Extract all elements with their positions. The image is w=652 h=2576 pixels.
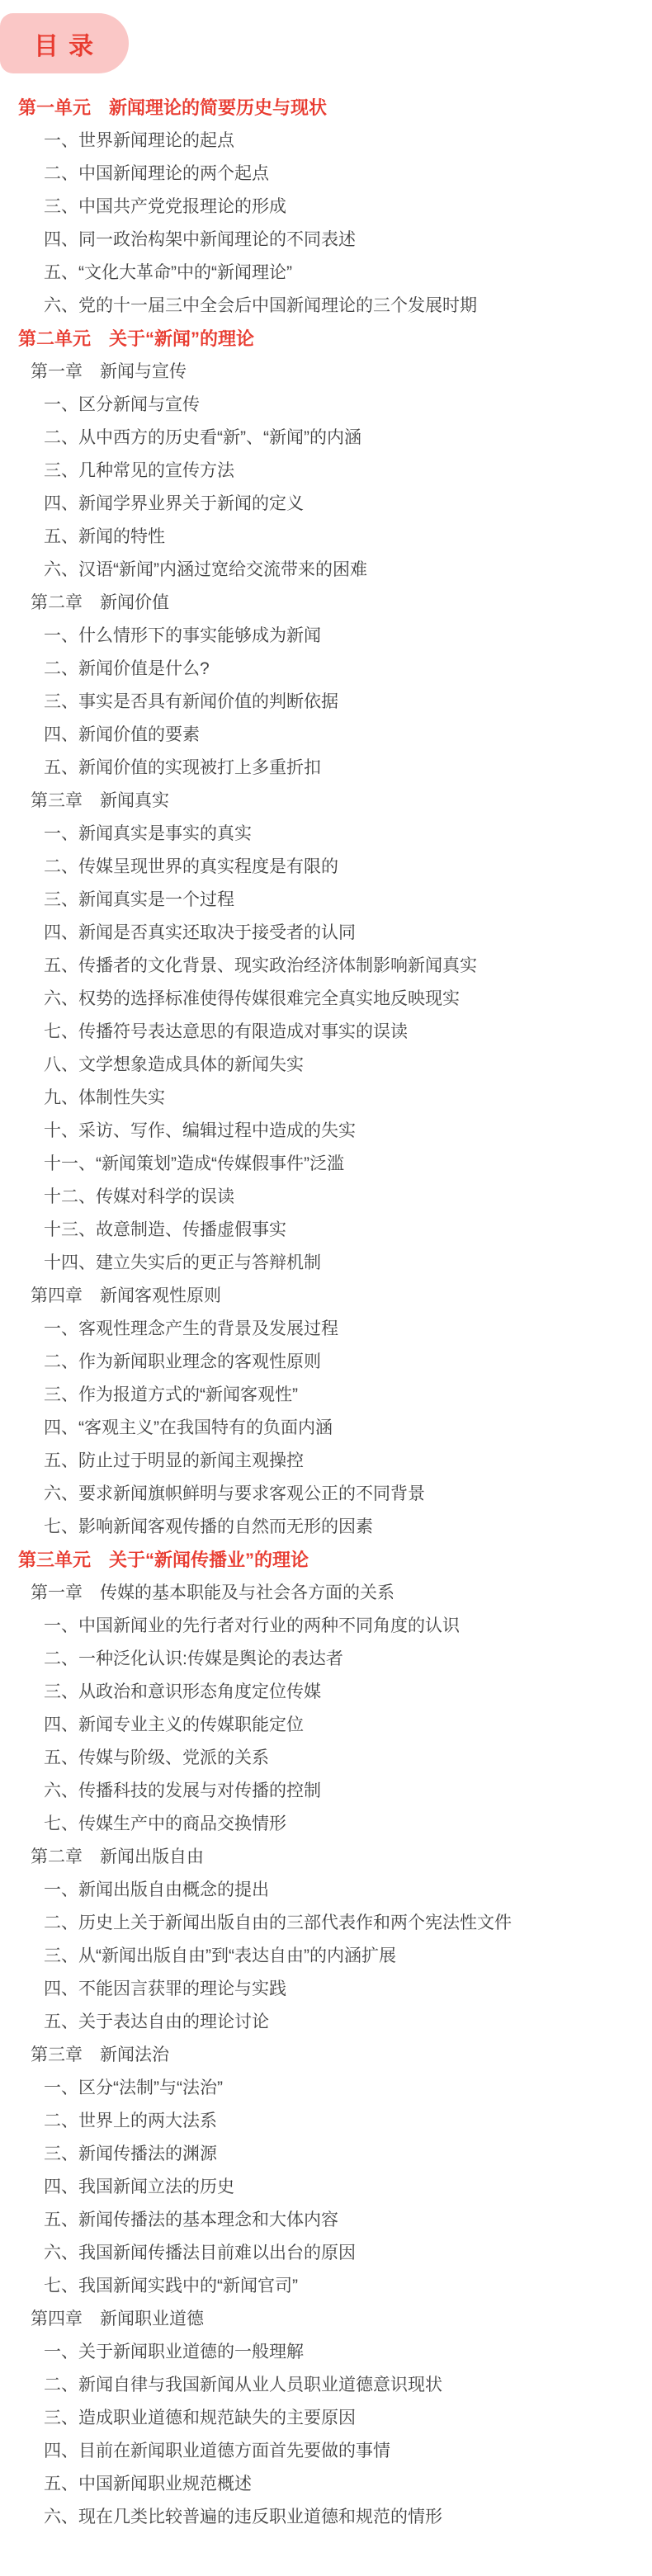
toc-item: 六、汉语“新闻”内涵过宽给交流带来的困难 (0, 554, 652, 587)
toc-item: 二、一种泛化认识:传媒是舆论的表达者 (0, 1643, 652, 1676)
toc-item: 一、中国新闻业的先行者对行业的两种不同角度的认识 (0, 1610, 652, 1643)
toc-list: 第一单元 新闻理论的简要历史与现状一、世界新闻理论的起点二、中国新闻理论的两个起… (0, 92, 652, 2534)
toc-item: 三、从政治和意识形态角度定位传媒 (0, 1676, 652, 1709)
toc-item: 十四、建立失实后的更正与答辩机制 (0, 1247, 652, 1280)
toc-item: 四、我国新闻立法的历史 (0, 2171, 652, 2204)
toc-item: 五、中国新闻职业规范概述 (0, 2468, 652, 2501)
toc-item: 六、要求新闻旗帜鲜明与要求客观公正的不同背景 (0, 1478, 652, 1511)
toc-item: 六、现在几类比较普遍的违反职业道德和规范的情形 (0, 2501, 652, 2534)
toc-item: 三、从“新闻出版自由”到“表达自由”的内涵扩展 (0, 1940, 652, 1973)
toc-item: 五、“文化大革命”中的“新闻理论” (0, 257, 652, 290)
toc-item: 一、区分新闻与宣传 (0, 389, 652, 422)
toc-unit-heading: 第一单元 新闻理论的简要历史与现状 (0, 92, 652, 125)
toc-item: 四、目前在新闻职业道德方面首先要做的事情 (0, 2435, 652, 2468)
toc-chapter-heading: 第三章 新闻真实 (0, 785, 652, 818)
toc-item: 一、什么情形下的事实能够成为新闻 (0, 620, 652, 653)
toc-chapter-heading: 第一章 新闻与宣传 (0, 356, 652, 389)
page: 目 录 第一单元 新闻理论的简要历史与现状一、世界新闻理论的起点二、中国新闻理论… (0, 13, 652, 2534)
toc-item: 二、新闻价值是什么? (0, 653, 652, 686)
toc-chapter-heading: 第二章 新闻价值 (0, 587, 652, 620)
toc-item: 六、党的十一届三中全会后中国新闻理论的三个发展时期 (0, 290, 652, 323)
toc-chapter-heading: 第四章 新闻客观性原则 (0, 1280, 652, 1313)
toc-item: 七、传媒生产中的商品交换情形 (0, 1808, 652, 1841)
toc-item: 五、传播者的文化背景、现实政治经济体制影响新闻真实 (0, 950, 652, 983)
toc-unit-heading: 第三单元 关于“新闻传播业”的理论 (0, 1544, 652, 1577)
toc-item: 二、从中西方的历史看“新”、“新闻”的内涵 (0, 422, 652, 455)
toc-item: 一、客观性理念产生的背景及发展过程 (0, 1313, 652, 1346)
toc-item: 三、中国共产党党报理论的形成 (0, 191, 652, 224)
toc-item: 三、事实是否具有新闻价值的判断依据 (0, 686, 652, 719)
toc-item: 六、我国新闻传播法目前难以出台的原因 (0, 2237, 652, 2270)
toc-item: 五、传媒与阶级、党派的关系 (0, 1742, 652, 1775)
toc-item: 四、新闻学界业界关于新闻的定义 (0, 488, 652, 521)
toc-item: 二、作为新闻职业理念的客观性原则 (0, 1346, 652, 1379)
page-title: 目 录 (34, 26, 95, 62)
toc-item: 十二、传媒对科学的误读 (0, 1181, 652, 1214)
toc-item: 三、几种常见的宣传方法 (0, 455, 652, 488)
toc-item: 四、新闻是否真实还取决于接受者的认同 (0, 917, 652, 950)
toc-item: 二、世界上的两大法系 (0, 2105, 652, 2138)
toc-item: 十、采访、写作、编辑过程中造成的失实 (0, 1115, 652, 1148)
toc-item: 一、新闻真实是事实的真实 (0, 818, 652, 851)
toc-item: 二、传媒呈现世界的真实程度是有限的 (0, 851, 652, 884)
toc-item: 六、权势的选择标准使得传媒很难完全真实地反映现实 (0, 983, 652, 1016)
toc-item: 二、新闻自律与我国新闻从业人员职业道德意识现状 (0, 2369, 652, 2402)
toc-item: 二、历史上关于新闻出版自由的三部代表作和两个宪法性文件 (0, 1907, 652, 1940)
toc-item: 三、造成职业道德和规范缺失的主要原因 (0, 2402, 652, 2435)
toc-item: 四、“客观主义”在我国特有的负面内涵 (0, 1412, 652, 1445)
toc-item: 五、新闻价值的实现被打上多重折扣 (0, 752, 652, 785)
toc-item: 三、作为报道方式的“新闻客观性” (0, 1379, 652, 1412)
toc-item: 八、文学想象造成具体的新闻失实 (0, 1049, 652, 1082)
toc-item: 九、体制性失实 (0, 1082, 652, 1115)
toc-item: 一、世界新闻理论的起点 (0, 125, 652, 158)
toc-item: 三、新闻传播法的渊源 (0, 2138, 652, 2171)
toc-item: 十一、“新闻策划”造成“传媒假事件”泛滥 (0, 1148, 652, 1181)
toc-chapter-heading: 第三章 新闻法治 (0, 2039, 652, 2072)
toc-item: 五、新闻的特性 (0, 521, 652, 554)
toc-item: 五、关于表达自由的理论讨论 (0, 2006, 652, 2039)
toc-item: 一、区分“法制”与“法治” (0, 2072, 652, 2105)
toc-item: 七、传播符号表达意思的有限造成对事实的误读 (0, 1016, 652, 1049)
toc-item: 四、新闻专业主义的传媒职能定位 (0, 1709, 652, 1742)
toc-item: 五、防止过于明显的新闻主观操控 (0, 1445, 652, 1478)
toc-header: 目 录 (0, 13, 129, 73)
toc-item: 四、新闻价值的要素 (0, 719, 652, 752)
toc-item: 七、影响新闻客观传播的自然而无形的因素 (0, 1511, 652, 1544)
toc-item: 四、不能因言获罪的理论与实践 (0, 1973, 652, 2006)
toc-item: 一、关于新闻职业道德的一般理解 (0, 2336, 652, 2369)
toc-item: 五、新闻传播法的基本理念和大体内容 (0, 2204, 652, 2237)
toc-item: 六、传播科技的发展与对传播的控制 (0, 1775, 652, 1808)
toc-item: 三、新闻真实是一个过程 (0, 884, 652, 917)
toc-item: 四、同一政治构架中新闻理论的不同表述 (0, 224, 652, 257)
toc-chapter-heading: 第二章 新闻出版自由 (0, 1841, 652, 1874)
toc-item: 二、中国新闻理论的两个起点 (0, 158, 652, 191)
toc-item: 七、我国新闻实践中的“新闻官司” (0, 2270, 652, 2303)
toc-unit-heading: 第二单元 关于“新闻”的理论 (0, 323, 652, 356)
toc-item: 十三、故意制造、传播虚假事实 (0, 1214, 652, 1247)
toc-chapter-heading: 第一章 传媒的基本职能及与社会各方面的关系 (0, 1577, 652, 1610)
toc-chapter-heading: 第四章 新闻职业道德 (0, 2303, 652, 2336)
toc-item: 一、新闻出版自由概念的提出 (0, 1874, 652, 1907)
